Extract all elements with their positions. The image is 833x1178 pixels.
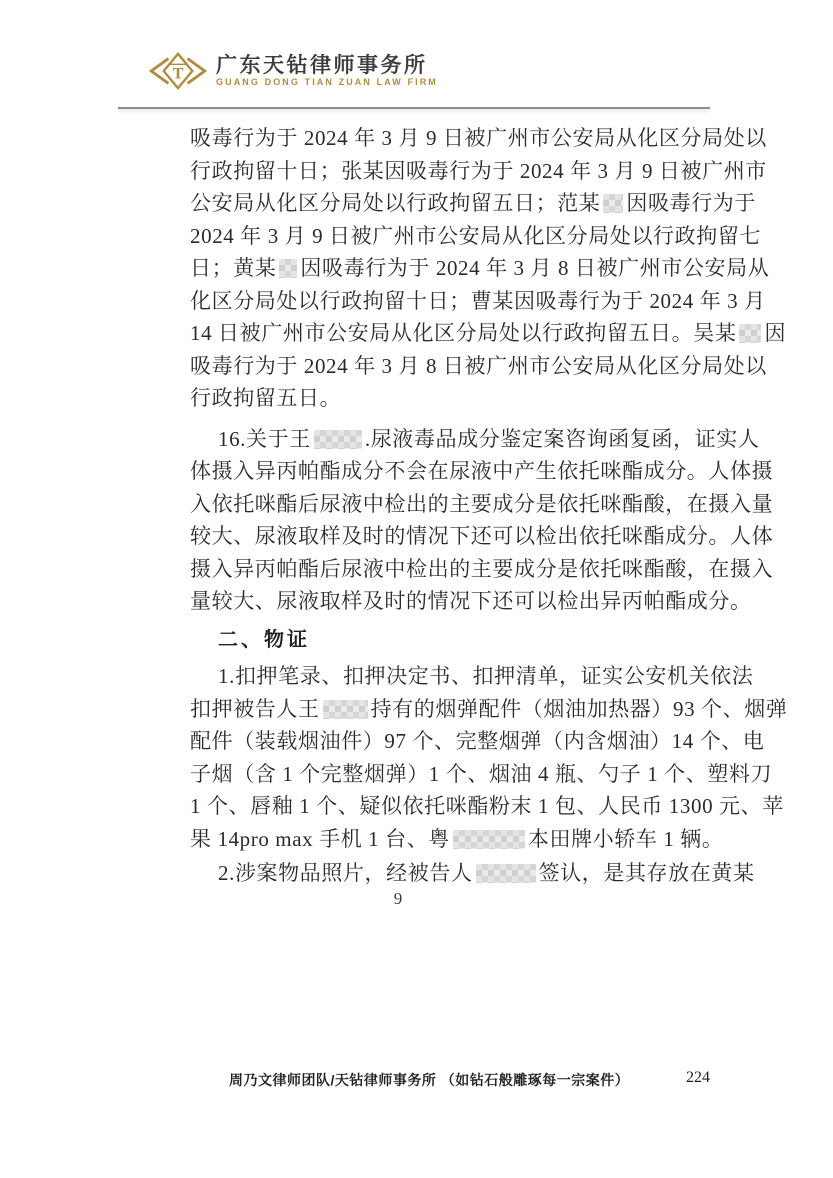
scanned-page-number: 9 [378,889,418,909]
paragraph: 吸毒行为于 2024 年 3 月 9 日被广州市公安局从化区分局处以行政拘留十日… [190,122,720,415]
document-page: T 广东天钻律师事务所 GUANG DONG TIAN ZUAN LAW FIR… [0,0,833,1178]
text-line: 化区分局处以行政拘留十日；曹某因吸毒行为于 2024 年 3 月 [190,285,720,318]
text-line: 2024 年 3 月 9 日被广州市公安局从化区分局处以行政拘留七 [190,220,720,253]
text-line: 摄入异丙帕酯后尿液中检出的主要成分是依托咪酯酸，在摄入 [190,553,720,586]
text-line: 1 个、唇釉 1 个、疑似依托咪酯粉末 1 包、人民币 1300 元、苹 [190,790,720,823]
section-heading: 二、物证 [190,624,720,657]
firm-name-cn: 广东天钻律师事务所 [216,54,438,77]
paragraph: 1.扣押笔录、扣押决定书、扣押清单，证实公安机关依法扣押被告人王持有的烟弹配件（… [190,660,720,855]
text-line: 14 日被广州市公安局从化区分局处以行政拘留五日。吴某因 [190,317,720,350]
text-line: 二、物证 [190,624,720,657]
firm-name-block: 广东天钻律师事务所 GUANG DONG TIAN ZUAN LAW FIRM [216,54,438,88]
text-line: 果 14pro max 手机 1 台、粤本田牌小轿车 1 辆。 [190,823,720,856]
firm-name-en: GUANG DONG TIAN ZUAN LAW FIRM [216,77,438,88]
text-line: 吸毒行为于 2024 年 3 月 8 日被广州市公安局从化区分局处以 [190,350,720,383]
text-line: 量较大、尿液取样及时的情况下还可以检出异丙帕酯成分。 [190,585,720,618]
text-line: 1.扣押笔录、扣押决定书、扣押清单，证实公安机关依法 [190,660,720,693]
paragraph: 16.关于王.尿液毒品成分鉴定案咨询函复函，证实人体摄入异丙帕酯成分不会在尿液中… [190,423,720,618]
header-divider [118,107,710,109]
svg-text:T: T [173,65,184,83]
redaction-mosaic [314,430,362,449]
redaction-mosaic [739,324,761,343]
text-line: 配件（装载烟油件）97 个、完整烟弹（内含烟油）14 个、电 [190,725,720,758]
redaction-mosaic [603,194,623,213]
text-line: 行政拘留十日；张某因吸毒行为于 2024 年 3 月 9 日被广州市 [190,155,720,188]
text-line: 日；黄某因吸毒行为于 2024 年 3 月 8 日被广州市公安局从 [190,252,720,285]
footer-page-number: 224 [686,1069,710,1087]
text-line: 16.关于王.尿液毒品成分鉴定案咨询函复函，证实人 [190,423,720,456]
text-line: 较大、尿液取样及时的情况下还可以检出依托咪酯成分。人体 [190,520,720,553]
text-line: 子烟（含 1 个完整烟弹）1 个、烟油 4 瓶、勺子 1 个、塑料刀 [190,758,720,791]
text-line: 2.涉案物品照片，经被告人签认，是其存放在黄某 [190,857,720,890]
paragraph: 2.涉案物品照片，经被告人签认，是其存放在黄某 [190,857,720,890]
redaction-mosaic [453,830,525,849]
document-body: 吸毒行为于 2024 年 3 月 9 日被广州市公安局从化区分局处以行政拘留十日… [190,122,720,890]
text-line: 入依托咪酯后尿液中检出的主要成分是依托咪酯酸，在摄入量 [190,488,720,521]
text-line: 扣押被告人王持有的烟弹配件（烟油加热器）93 个、烟弹 [190,693,720,726]
text-line: 吸毒行为于 2024 年 3 月 9 日被广州市公安局从化区分局处以 [190,122,720,155]
text-line: 行政拘留五日。 [190,382,720,415]
redaction-mosaic [279,259,297,278]
footer-team-line: 周乃文律师团队/天钻律师事务所 （如钻石般雕琢每一宗案件） [229,1070,629,1090]
text-line: 体摄入异丙帕酯成分不会在尿液中产生依托咪酯成分。人体摄 [190,455,720,488]
diamond-t-logo-icon: T [147,50,209,92]
firm-header: T 广东天钻律师事务所 GUANG DONG TIAN ZUAN LAW FIR… [147,50,438,92]
redaction-mosaic [323,700,368,719]
redaction-mosaic [476,864,536,883]
text-line: 公安局从化区分局处以行政拘留五日；范某因吸毒行为于 [190,187,720,220]
